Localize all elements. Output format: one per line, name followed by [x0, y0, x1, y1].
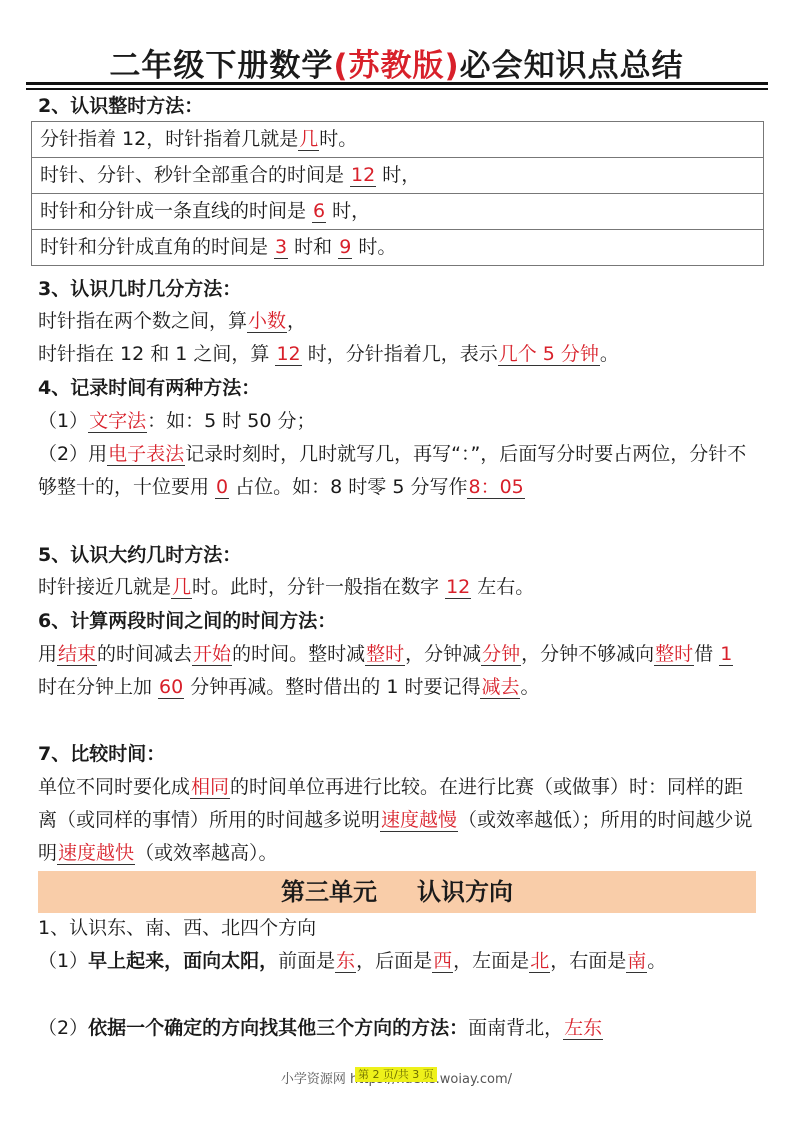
paragraph: 用结束的时间减去开始的时间。整时减整时，分钟减分钟，分钟不够减向整时借 1 时在…: [38, 638, 758, 704]
paragraph: （2）依据一个确定的方向找其他三个方向的方法：面南背北，左东: [38, 1012, 758, 1045]
section-5-heading: 5、认识大约几时方法：: [38, 541, 241, 569]
title-text: 二年级下册数学: [109, 48, 333, 84]
table-row: 时针和分针成一条直线的时间是 6 时，: [32, 194, 764, 230]
unit-3-banner: 第三单元认识方向: [38, 871, 756, 913]
paragraph: （2）用电子表法记录时刻时，几时就写几，再写“：”，后面写分时要占两位，分针不够…: [38, 438, 758, 504]
paragraph: 时针指在两个数之间，算小数，: [38, 305, 758, 338]
section-4-heading: 4、记录时间有两种方法：: [38, 374, 260, 402]
section-6-heading: 6、计算两段时间之间的时间方法：: [38, 607, 336, 635]
section-7-heading: 7、比较时间：: [38, 740, 165, 768]
title-edition: (苏教版): [333, 48, 459, 84]
title-divider-thin: [26, 88, 768, 90]
document-title: 二年级下册数学(苏教版)必会知识点总结: [0, 40, 793, 85]
page-number-badge: 第 2 页/共 3 页: [355, 1067, 437, 1082]
paragraph: 时针指在 12 和 1 之间，算 12 时，分针指着几，表示几个 5 分钟。: [38, 338, 758, 371]
table-row: 时针、分针、秒针全部重合的时间是 12 时，: [32, 158, 764, 194]
unit-3-heading: 1、认识东、南、西、北四个方向: [38, 914, 316, 942]
paragraph: 时针接近几就是几时。此时，分针一般指在数字 12 左右。: [38, 571, 758, 604]
title-text-2: 必会知识点总结: [460, 48, 684, 84]
whole-hour-table: 分针指着 12，时针指着几就是几时。 时针、分针、秒针全部重合的时间是 12 时…: [31, 121, 764, 266]
table-row: 时针和分针成直角的时间是 3 时和 9 时。: [32, 230, 764, 266]
paragraph: （1）早上起来，面向太阳，前面是东，后面是西，左面是北，右面是南。: [38, 945, 758, 978]
section-3-heading: 3、认识几时几分方法：: [38, 275, 241, 303]
table-row: 分针指着 12，时针指着几就是几时。: [32, 122, 764, 158]
paragraph: 单位不同时要化成相同的时间单位再进行比较。在进行比赛（或做事）时：同样的距离（或…: [38, 771, 758, 870]
section-2-heading: 2、认识整时方法：: [38, 92, 203, 120]
paragraph: （1）文字法：如：5 时 50 分；: [38, 405, 758, 438]
title-divider: [26, 82, 768, 85]
